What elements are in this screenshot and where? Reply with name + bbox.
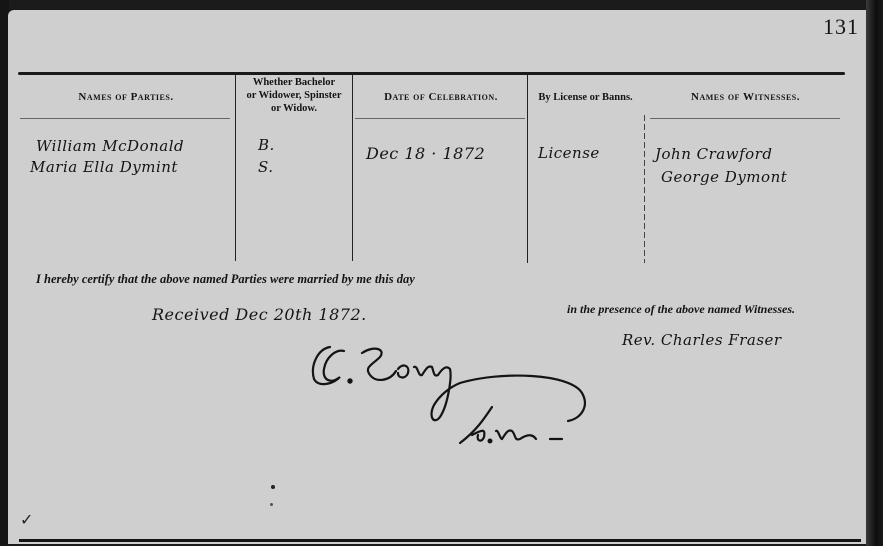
certification-statement: I hereby certify that the above named Pa… [36,272,415,287]
witness-2: George Dymont [661,168,787,186]
witness-1: John Crawford [655,145,772,163]
date-of-celebration: Dec 18 · 1872 [366,144,485,163]
table-top-rule [18,72,845,75]
page-bottom-rule [19,539,861,542]
received-date: Received Dec 20th 1872. [152,305,367,324]
registrar-signature-flourish [300,335,610,455]
party-name-groom: William McDonald [36,137,184,155]
officiant-signature: Rev. Charles Fraser [622,331,782,349]
column-divider-4 [644,115,645,263]
header-condition-line-2: or Widower, Spinster [234,89,354,102]
header-names-of-witnesses: Names of Witnesses. [648,91,843,104]
header-separator-3 [355,118,525,119]
header-date-of-celebration: Date of Celebration. [355,91,527,104]
header-separator-1 [20,118,230,119]
ink-dot-2 [270,503,273,506]
scan-right-border [866,0,883,546]
header-condition: Whether Bachelor or Widower, Spinster or… [234,76,354,115]
header-separator-5 [650,118,840,119]
header-license-or-banns: By License or Banns. [527,91,644,104]
condition-bride: S. [258,158,274,176]
header-condition-line-3: or Widow. [234,102,354,115]
page-number: 131 [823,14,859,40]
license-or-banns-value: License [538,144,600,162]
party-name-bride: Maria Ella Dymint [30,158,178,176]
condition-groom: B. [258,136,275,154]
header-names-of-parties: Names of Parties. [20,91,232,104]
presence-statement: in the presence of the above named Witne… [567,302,795,317]
ink-dot-1 [271,485,275,489]
header-condition-line-1: Whether Bachelor [234,76,354,89]
checkmark-icon: ✓ [20,510,33,529]
